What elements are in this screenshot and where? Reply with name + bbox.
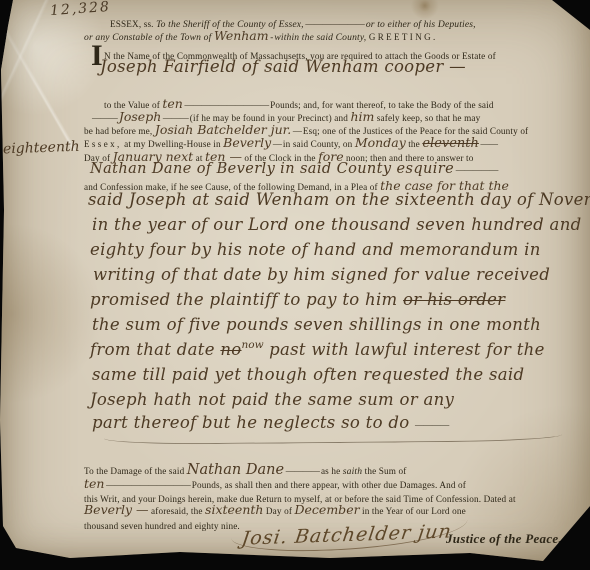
document-photo: 12,328 I eighteenth ESSEX, ss. To the Sh… — [0, 0, 590, 570]
handwritten-text: said Joseph at said Wenham on the sixtee… — [88, 190, 590, 209]
handwritten-text: Beverly — — [84, 502, 149, 517]
handwritten-text: now — [242, 339, 264, 351]
printed-text: —— — [479, 139, 497, 149]
justice-signature: Josi. Batchelder jun — [230, 520, 468, 554]
document-line-14: eighty four by his note of hand and memo… — [90, 241, 541, 260]
justice-title: Justice of the Peace. — [446, 531, 562, 547]
printed-text: ————— — [454, 165, 498, 175]
handwritten-text: from that date — [90, 340, 220, 359]
handwritten-text: or his order — [403, 290, 505, 309]
handwritten-text: promised the plaintiff to pay to him — [90, 290, 403, 309]
document-line-19: same till paid yet though often requeste… — [92, 366, 524, 385]
handwritten-text: Wenham — [214, 28, 269, 43]
handwritten-text: in the year of our Lord one thousand sev… — [92, 215, 581, 234]
handwritten-text: sixteenth — [205, 502, 263, 517]
document-line-15: writing of that date by him signed for v… — [93, 266, 550, 285]
printed-text: GREETING. — [369, 32, 438, 42]
handwritten-text: Nathan Dane of Beverly in said County es… — [90, 161, 454, 177]
handwritten-text: Joseph hath not paid the same sum or any — [90, 390, 454, 409]
document-line-2: or any Constable of the Town of Wenham -… — [84, 27, 438, 45]
handwritten-text: same till paid yet though often requeste… — [92, 365, 524, 384]
printed-text: within the said County, — [274, 32, 368, 43]
printed-text: thousand seven hundred and eighty nine. — [84, 521, 240, 531]
document-line-12: said Joseph at said Wenham on the sixtee… — [88, 191, 590, 210]
archive-number: 12,328 — [50, 0, 112, 19]
printed-text: aforesaid, the — [149, 506, 205, 516]
handwritten-text: Joseph Fairfield of said Wenham cooper — — [100, 57, 466, 76]
handwritten-text: December — [295, 502, 360, 517]
paper-sheet: 12,328 I eighteenth ESSEX, ss. To the Sh… — [0, 0, 590, 570]
margin-note-eighteenth: eighteenth — [3, 139, 80, 158]
printed-text: Day of — [263, 506, 294, 516]
document-line-26: thousand seven hundred and eighty nine. — [84, 516, 240, 534]
document-line-10: Nathan Dane of Beverly in said County es… — [90, 160, 498, 178]
handwritten-text: eighty four by his note of hand and memo… — [90, 240, 541, 259]
document-line-13: in the year of our Lord one thousand sev… — [92, 216, 581, 235]
printed-text: or any Constable of the Town of — [84, 32, 214, 43]
document-line-4: Joseph Fairfield of said Wenham cooper — — [100, 58, 466, 77]
document-line-16: promised the plaintiff to pay to him or … — [90, 291, 505, 310]
handwritten-text: past with lawful interest for the — [264, 340, 545, 359]
document-line-20: Joseph hath not paid the same sum or any — [90, 391, 454, 410]
document-line-18: from that date nonow past with lawful in… — [90, 341, 545, 360]
document-line-17: the sum of five pounds seven shillings i… — [92, 316, 541, 335]
printed-text: in the Year of our Lord one — [360, 506, 466, 516]
handwritten-text: no — [220, 340, 241, 359]
handwritten-text: the sum of five pounds seven shillings i… — [92, 315, 541, 334]
handwritten-text: writing of that date by him signed for v… — [93, 265, 550, 284]
